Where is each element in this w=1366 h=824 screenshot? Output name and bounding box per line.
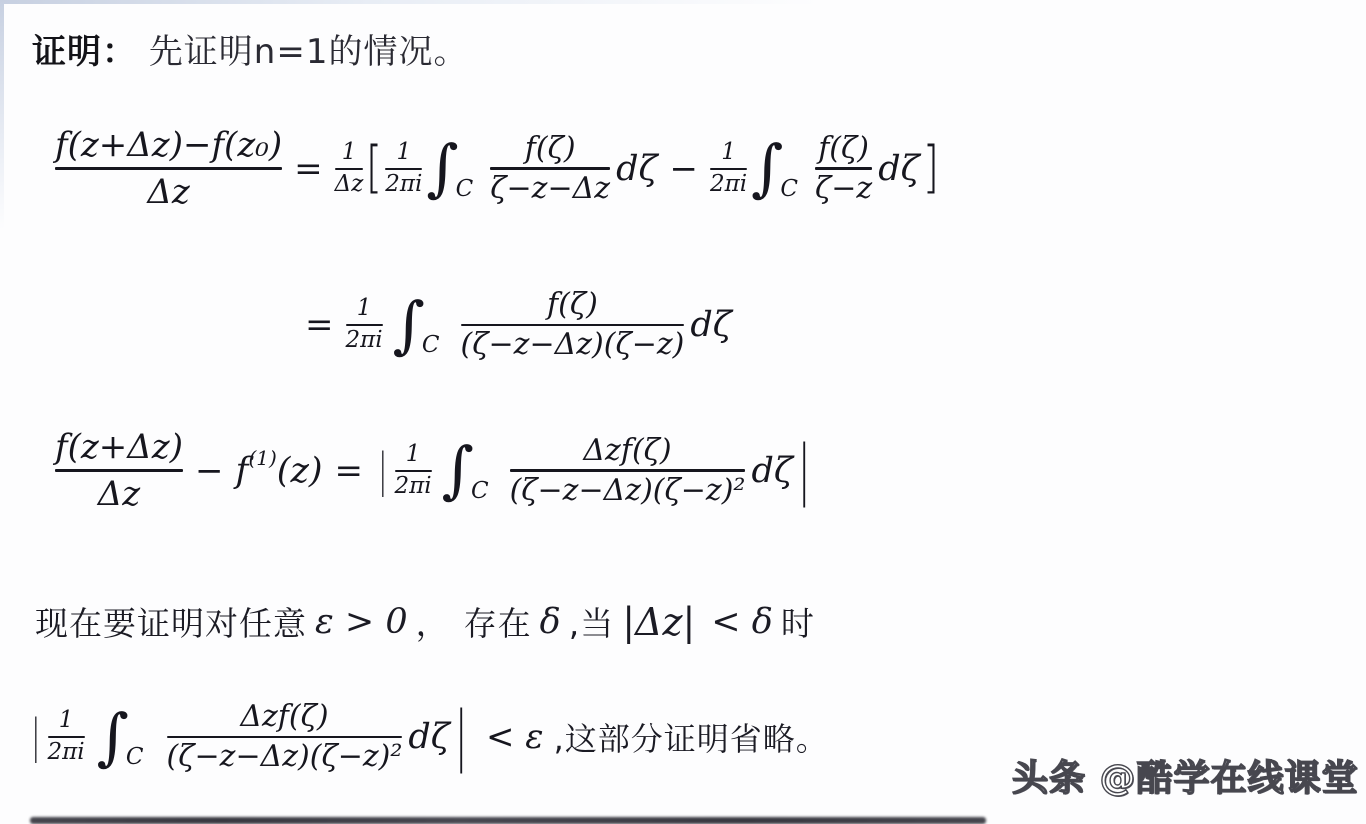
fraction-bar [815, 167, 872, 170]
differential-dzeta: dζ [616, 149, 657, 189]
fraction-bar [385, 168, 422, 170]
one-over-delta-z-fraction: 1 Δz [335, 140, 364, 198]
fraction-bar [710, 168, 747, 170]
differential-dzeta: dζ [751, 451, 792, 491]
fraction-denominator: 2πi [710, 172, 747, 198]
contour-integral: ∫ C [97, 711, 147, 764]
fraction-numerator: f(z+Δz)−f(z₀) [55, 126, 282, 164]
fraction-denominator: 2πi [385, 172, 422, 198]
contour-integral: ∫ C [426, 142, 476, 195]
formula-line-3: f(z+Δz) Δz − f (1) (z) = | 1 2πi ∫ C Δzf… [55, 428, 815, 513]
fraction-numerator: f(ζ) [547, 288, 598, 322]
fraction-bar [55, 167, 282, 170]
derivative-argument: (z) [277, 451, 323, 491]
fraction-numerator: f(ζ) [818, 132, 869, 166]
fraction-numerator: f(z+Δz) [55, 428, 183, 466]
integrand-fraction: Δzf(ζ) (ζ−z−Δz)(ζ−z)² [510, 434, 746, 508]
less-than-epsilon: < ε [486, 717, 544, 757]
integrand-fraction: f(ζ) ζ−z−Δz [490, 132, 610, 206]
contour-integral: ∫ C [442, 444, 492, 497]
cauchy-coefficient-fraction: 1 2πi [395, 442, 432, 500]
integral-sign: ∫ [426, 142, 458, 195]
fraction-numerator: 1 [721, 140, 736, 166]
abs-bar-right: | [454, 710, 467, 763]
integrand-fraction: Δzf(ζ) (ζ−z−Δz)(ζ−z)² [167, 700, 403, 774]
contour-integral: ∫ C [393, 299, 443, 352]
integrand-fraction: f(ζ) ζ−z [815, 132, 872, 206]
fraction-numerator: 1 [396, 140, 411, 166]
differential-dzeta: dζ [878, 149, 919, 189]
fraction-denominator: (ζ−z−Δz)(ζ−z)² [510, 474, 746, 508]
comma: ， [416, 598, 450, 645]
fraction-denominator: (ζ−z−Δz)(ζ−z)² [167, 740, 403, 774]
integral-contour-subscript: C [780, 176, 798, 202]
integral-sign: ∫ [97, 711, 129, 764]
proof-omitted-text: ,这部分证明省略。 [554, 714, 829, 760]
formula-line-2: = 1 2πi ∫ C f(ζ) (ζ−z−Δz)(ζ−z) dζ [305, 288, 732, 362]
equals-sign: = [335, 451, 364, 491]
minus-sign: − [669, 149, 698, 189]
equals-sign: = [294, 149, 323, 189]
proof-label: 证明 [32, 32, 102, 72]
fraction-bar [510, 469, 746, 472]
fraction-numerator: Δzf(ζ) [240, 700, 328, 734]
statement-text: ,当 [569, 598, 615, 645]
cutoff-text-edge [30, 817, 986, 824]
fraction-bar [490, 167, 610, 170]
abs-delta-z: |Δz| [622, 600, 695, 644]
left-bracket: [ [366, 146, 382, 191]
differential-dzeta: dζ [408, 717, 449, 757]
proof-document-page: 证明： 先证明n=1的情况。 f(z+Δz)−f(z₀) Δz = 1 Δz [… [0, 0, 1366, 824]
minus-sign: − [195, 451, 224, 491]
fraction-bar [335, 168, 364, 170]
derivative-f: f [235, 451, 248, 491]
fraction-bar [395, 470, 432, 472]
integral-contour-subscript: C [422, 332, 440, 358]
derivative-order-superscript: (1) [248, 446, 276, 470]
epsilon-delta-statement: 现在要证明对任意 ε > 0 ， 存在 δ ,当 |Δz| < δ 时 [35, 598, 815, 645]
cauchy-coefficient-fraction: 1 2πi [710, 140, 747, 198]
fraction-bar [346, 324, 383, 326]
abs-bar-left: | [31, 718, 40, 755]
integral-contour-subscript: C [126, 744, 144, 770]
less-than-delta: < δ [711, 602, 773, 642]
contour-integral: ∫ C [751, 142, 801, 195]
delta-symbol: δ [540, 602, 561, 642]
statement-text: 现在要证明对任意 [35, 598, 307, 645]
fraction-denominator: Δz [147, 173, 189, 211]
proof-intro-text: 先证明n=1的情况。 [149, 32, 469, 72]
integral-contour-subscript: C [456, 176, 474, 202]
equals-sign: = [305, 305, 334, 345]
fraction-denominator: (ζ−z−Δz)(ζ−z) [461, 328, 685, 362]
fraction-denominator: 2πi [346, 328, 383, 354]
fraction-denominator: Δz [335, 172, 364, 198]
abs-bar-right: | [797, 444, 810, 497]
fraction-bar [48, 736, 85, 738]
page-edge-left-tint [0, 0, 4, 230]
fraction-numerator: 1 [406, 442, 421, 468]
fraction-denominator: Δz [98, 475, 140, 513]
fraction-bar [461, 324, 685, 327]
difference-quotient-fraction: f(z+Δz) Δz [55, 428, 183, 513]
differential-dzeta: dζ [690, 305, 731, 345]
epsilon-condition: ε > 0 [315, 602, 408, 642]
fraction-bar [167, 736, 403, 739]
integral-sign: ∫ [442, 444, 474, 497]
proof-heading: 证明： 先证明n=1的情况。 [32, 24, 468, 73]
proof-colon: ： [102, 32, 137, 72]
fraction-numerator: 1 [342, 140, 357, 166]
integral-contour-subscript: C [471, 478, 489, 504]
statement-text: 存在 [464, 598, 532, 645]
fraction-bar [55, 469, 183, 472]
fraction-numerator: Δzf(ζ) [583, 434, 671, 468]
cauchy-coefficient-fraction: 1 2πi [346, 296, 383, 354]
difference-quotient-fraction: f(z+Δz)−f(z₀) Δz [55, 126, 282, 211]
formula-line-5: | 1 2πi ∫ C Δzf(ζ) (ζ−z−Δz)(ζ−z)² dζ | <… [28, 700, 829, 774]
integral-sign: ∫ [751, 142, 783, 195]
formula-line-1: f(z+Δz)−f(z₀) Δz = 1 Δz [ 1 2πi ∫ C f(ζ)… [55, 126, 941, 211]
right-bracket: ] [922, 146, 938, 191]
toutiao-watermark: 头条 @酷学在线课堂 [1012, 750, 1359, 801]
fraction-numerator: 1 [357, 296, 372, 322]
fraction-numerator: f(ζ) [525, 132, 576, 166]
fraction-denominator: 2πi [395, 474, 432, 500]
fraction-denominator: ζ−z−Δz [490, 172, 610, 206]
fraction-denominator: ζ−z [815, 172, 872, 206]
cauchy-coefficient-fraction: 1 2πi [385, 140, 422, 198]
integral-sign: ∫ [393, 299, 425, 352]
integrand-fraction: f(ζ) (ζ−z−Δz)(ζ−z) [461, 288, 685, 362]
cauchy-coefficient-fraction: 1 2πi [48, 708, 85, 766]
statement-text: 时 [781, 598, 815, 645]
page-edge-top-tint [0, 0, 820, 4]
abs-bar-left: | [378, 452, 387, 489]
fraction-numerator: 1 [59, 708, 74, 734]
fraction-denominator: 2πi [48, 740, 85, 766]
